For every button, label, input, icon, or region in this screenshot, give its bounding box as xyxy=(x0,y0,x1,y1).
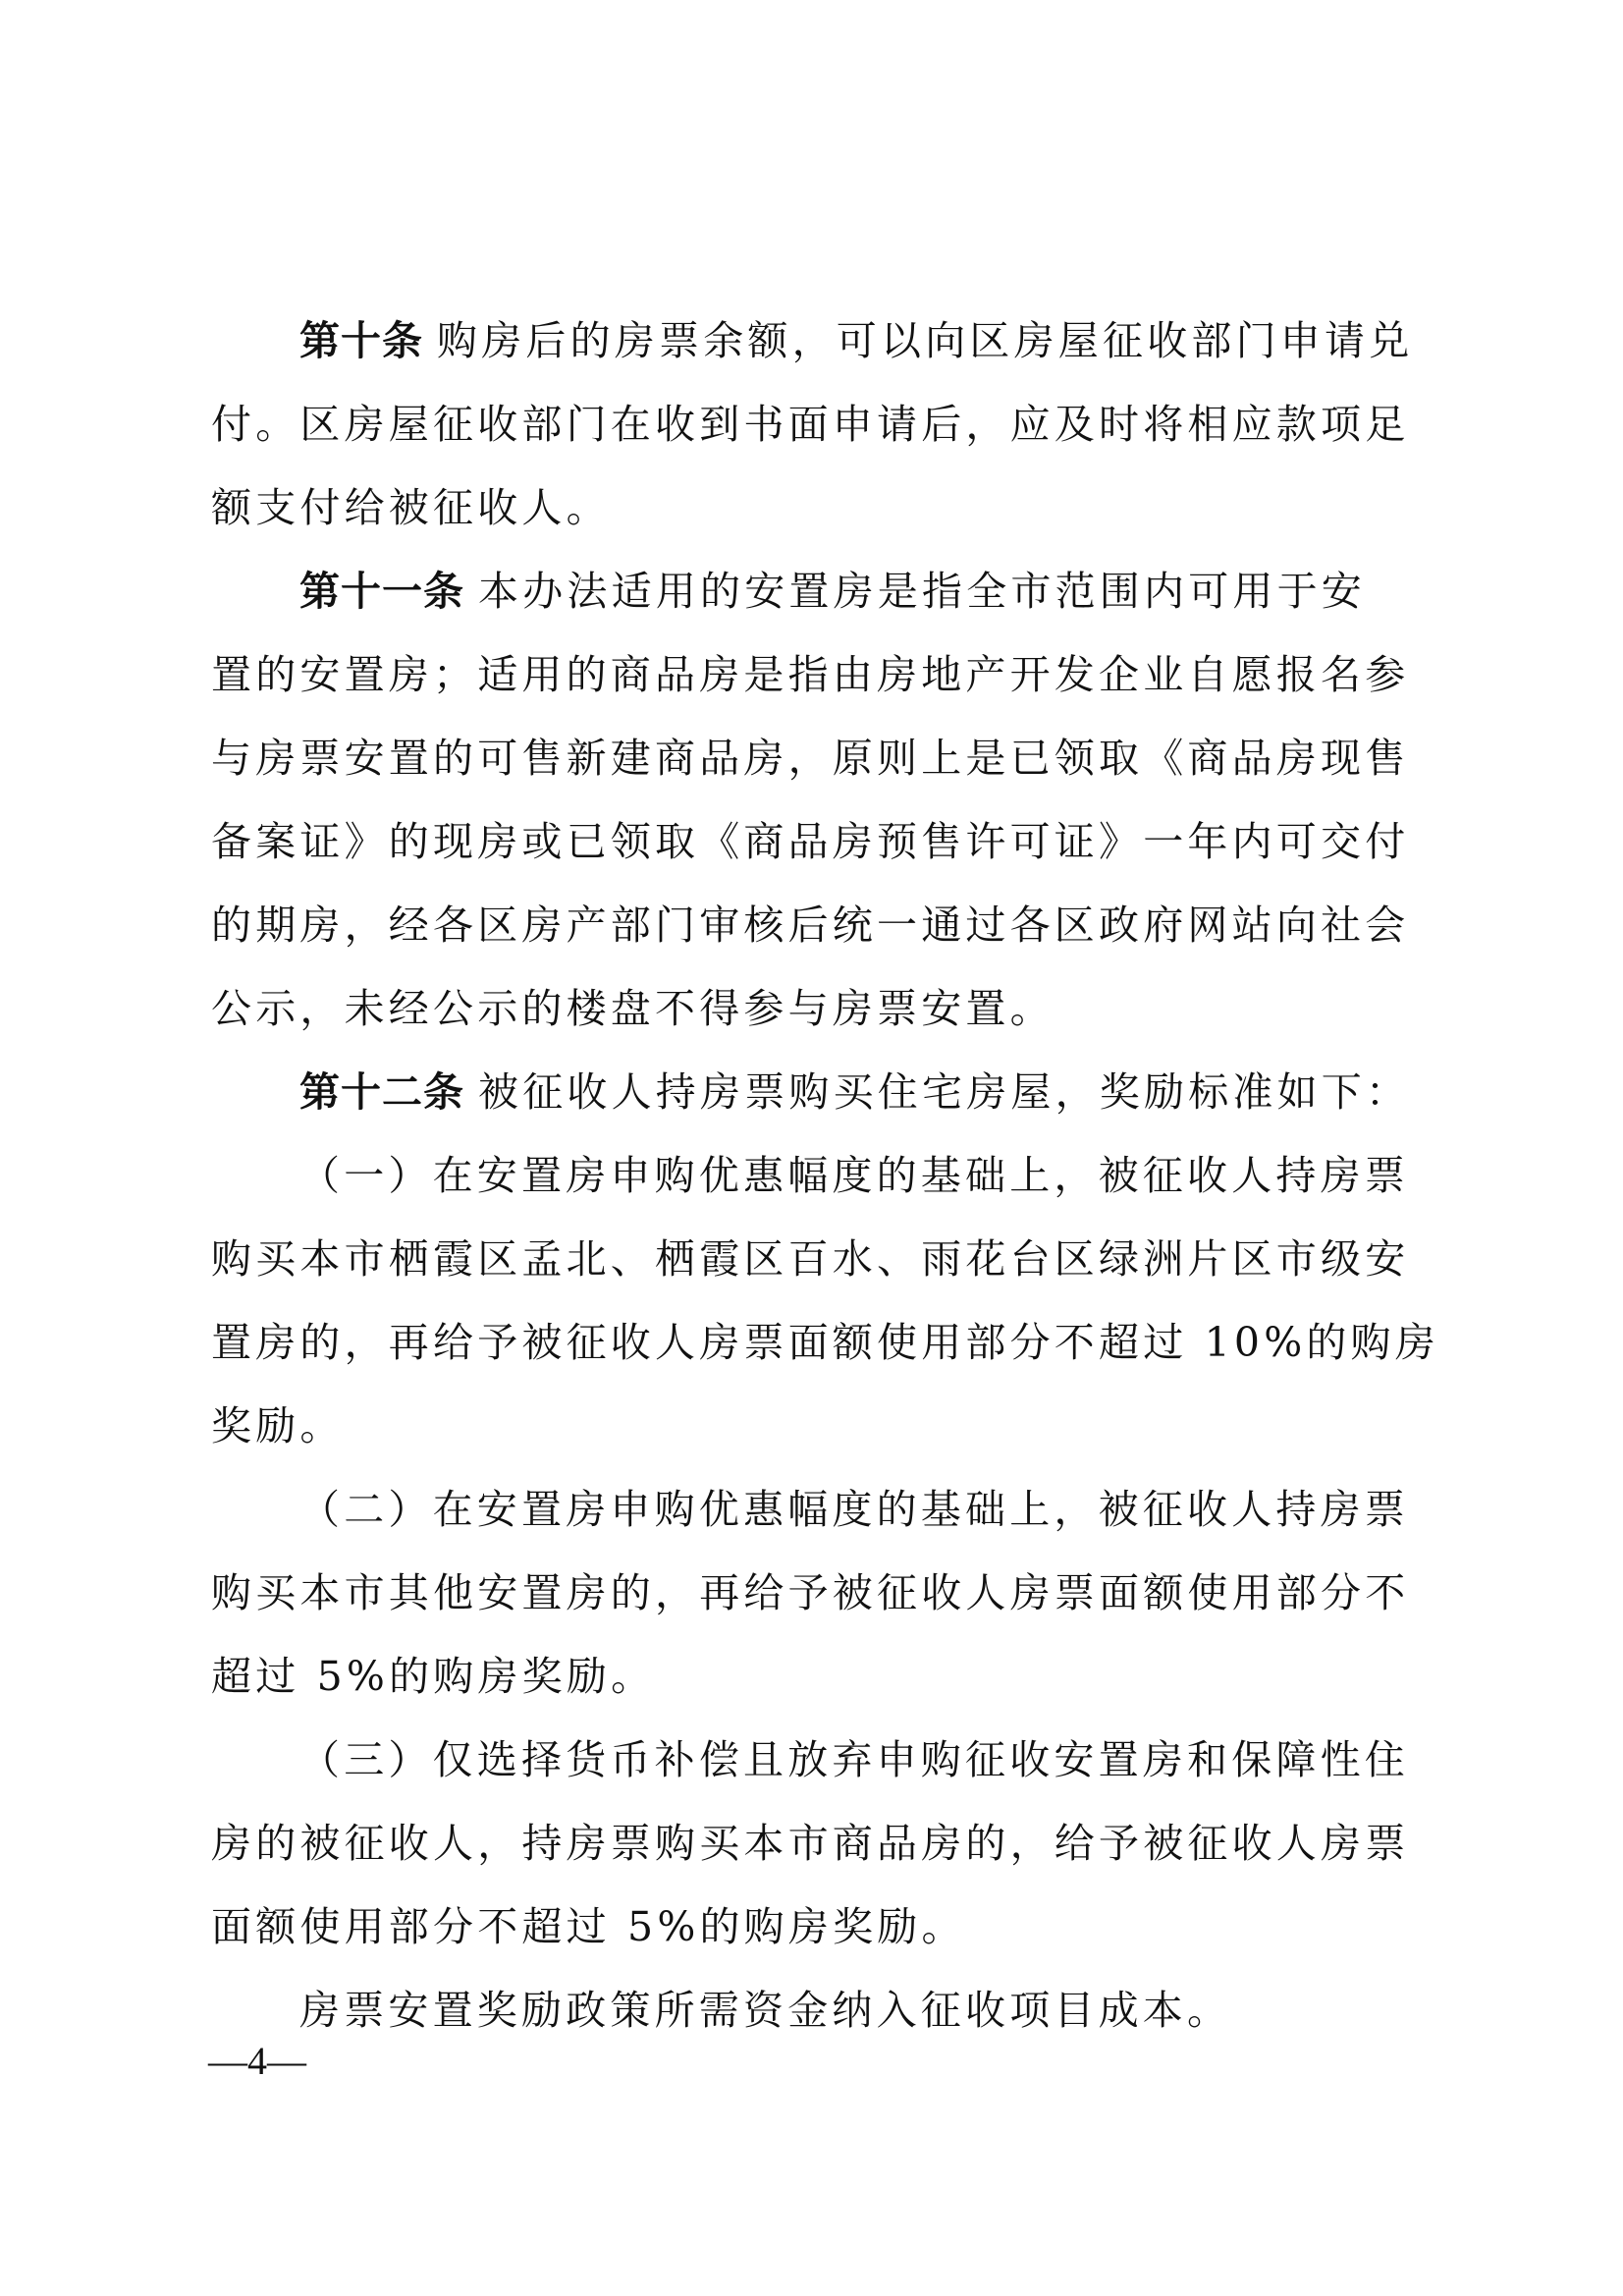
list-item-2: （二）在安置房申购优惠幅度的基础上，被征收人持房票 购买本市其他安置房的，再给予… xyxy=(211,1468,1389,1719)
paragraph-line: 面额使用部分不超过 5%的购房奖励。 xyxy=(211,1886,1389,1969)
paragraph-line: 的期房，经各区房产部门审核后统一通过各区政府网站向社会 xyxy=(211,884,1389,967)
paragraph-line: 第十一条本办法适用的安置房是指全市范围内可用于安 xyxy=(211,550,1389,633)
paragraph-line: 奖励。 xyxy=(211,1385,1389,1468)
article-label: 第十一条 xyxy=(299,568,464,615)
paragraph-line: 房的被征收人，持房票购买本市商品房的，给予被征收人房票 xyxy=(211,1802,1389,1886)
paragraph-line: 公示，未经公示的楼盘不得参与房票安置。 xyxy=(211,967,1389,1051)
article-10: 第十条购房后的房票余额，可以向区房屋征收部门申请兑 付。区房屋征收部门在收到书面… xyxy=(211,300,1389,550)
paragraph-line: 购买本市其他安置房的，再给予被征收人房票面额使用部分不 xyxy=(211,1552,1389,1635)
article-12: 第十二条被征收人持房票购买住宅房屋，奖励标准如下： （一）在安置房申购优惠幅度的… xyxy=(211,1051,1389,2052)
paragraph-line: （三）仅选择货币补偿且放弃申购征收安置房和保障性住 xyxy=(211,1719,1389,1802)
paragraph-line: 与房票安置的可售新建商品房，原则上是已领取《商品房现售 xyxy=(211,717,1389,800)
paragraph-line: （一）在安置房申购优惠幅度的基础上，被征收人持房票 xyxy=(211,1134,1389,1218)
paragraph-line: 置的安置房；适用的商品房是指由房地产开发企业自愿报名参 xyxy=(211,633,1389,717)
closing-paragraph: 房票安置奖励政策所需资金纳入征收项目成本。 xyxy=(211,1969,1389,2052)
list-item-1: （一）在安置房申购优惠幅度的基础上，被征收人持房票 购买本市栖霞区孟北、栖霞区百… xyxy=(211,1134,1389,1468)
paragraph-line: 第十条购房后的房票余额，可以向区房屋征收部门申请兑 xyxy=(211,300,1389,383)
list-item-3: （三）仅选择货币补偿且放弃申购征收安置房和保障性住 房的被征收人，持房票购买本市… xyxy=(211,1719,1389,1969)
article-label: 第十二条 xyxy=(299,1068,464,1116)
paragraph-line: 付。区房屋征收部门在收到书面申请后，应及时将相应款项足 xyxy=(211,383,1389,466)
paragraph-line: 置房的，再给予被征收人房票面额使用部分不超过 10%的购房 xyxy=(211,1301,1389,1385)
paragraph-line: 超过 5%的购房奖励。 xyxy=(211,1635,1389,1719)
paragraph-line: 备案证》的现房或已领取《商品房预售许可证》一年内可交付 xyxy=(211,800,1389,884)
paragraph-line: 额支付给被征收人。 xyxy=(211,466,1389,550)
article-label: 第十条 xyxy=(299,317,423,364)
paragraph-line: 第十二条被征收人持房票购买住宅房屋，奖励标准如下： xyxy=(211,1051,1389,1134)
paragraph-line: （二）在安置房申购优惠幅度的基础上，被征收人持房票 xyxy=(211,1468,1389,1552)
document-body: 第十条购房后的房票余额，可以向区房屋征收部门申请兑 付。区房屋征收部门在收到书面… xyxy=(211,300,1389,2052)
article-11: 第十一条本办法适用的安置房是指全市范围内可用于安 置的安置房；适用的商品房是指由… xyxy=(211,550,1389,1051)
paragraph-line: 购买本市栖霞区孟北、栖霞区百水、雨花台区绿洲片区市级安 xyxy=(211,1218,1389,1301)
document-page: 第十条购房后的房票余额，可以向区房屋征收部门申请兑 付。区房屋征收部门在收到书面… xyxy=(0,0,1623,2296)
page-number: —4— xyxy=(208,2038,306,2084)
